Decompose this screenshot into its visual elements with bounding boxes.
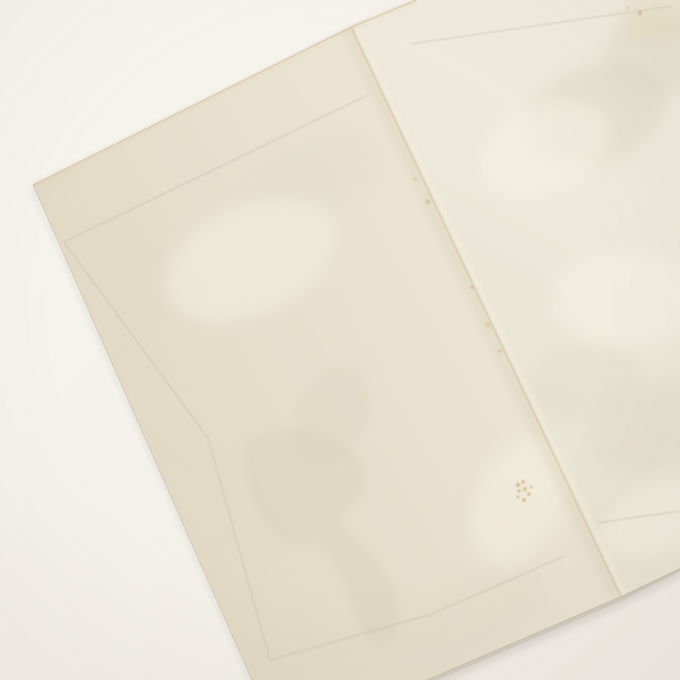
vignette-overlay	[0, 0, 680, 680]
photo-of-folded-paper	[0, 0, 680, 680]
photo-canvas	[0, 0, 680, 680]
